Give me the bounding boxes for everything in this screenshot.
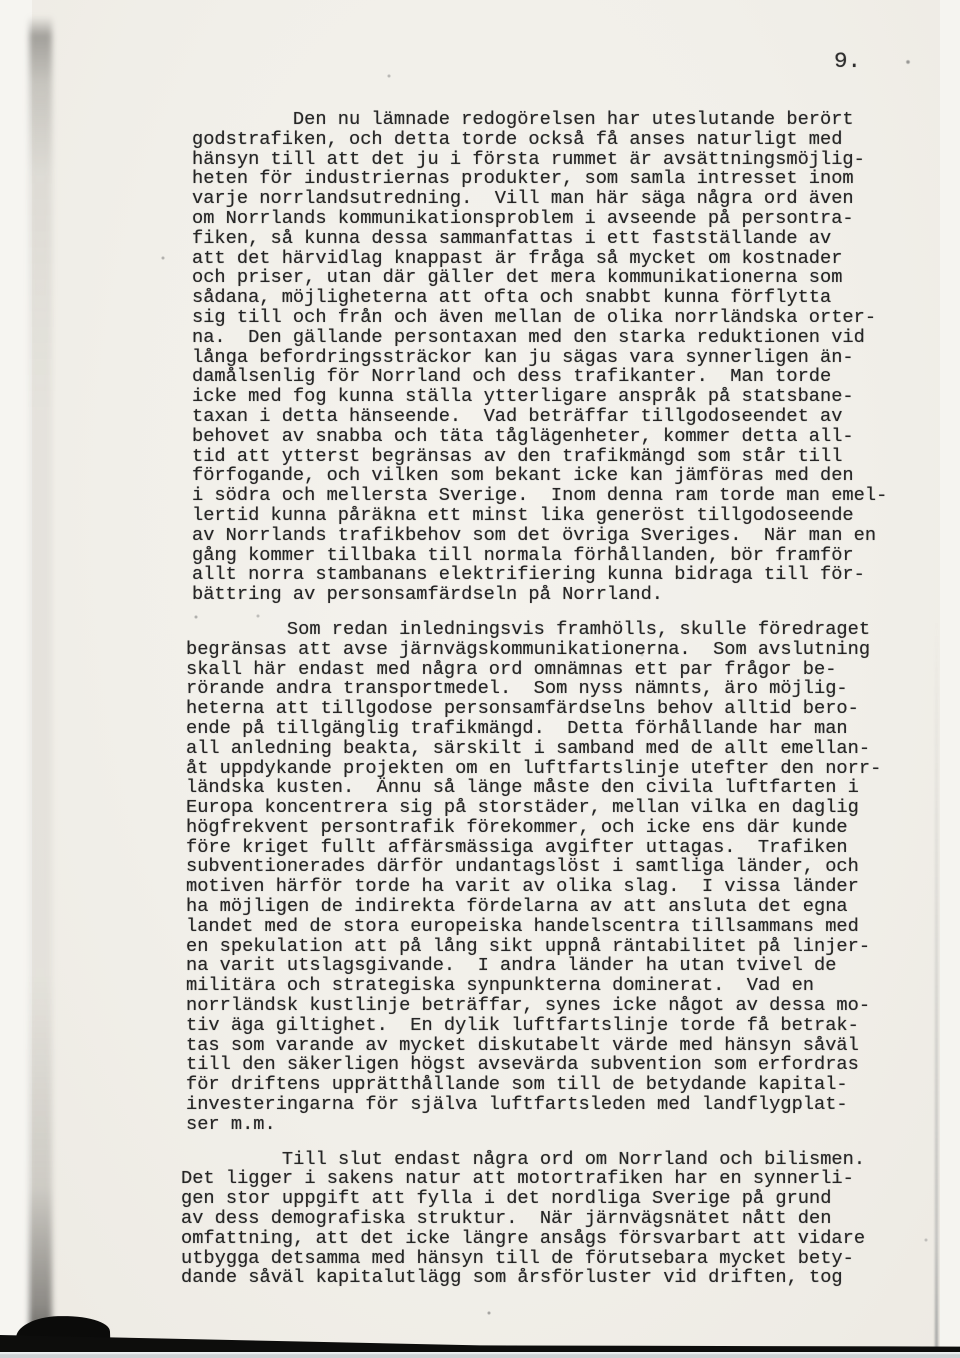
text-line: av Norrlands trafikbehov som det övriga … xyxy=(192,526,887,546)
text-line: godstrafiken, och detta torde också få a… xyxy=(192,130,887,150)
paragraph-3: Till slut endast några ord om Norrland o… xyxy=(181,1150,887,1289)
text-line: landet med de stora europeiska handelsce… xyxy=(186,917,887,937)
text-line: taxan i detta hänseende. Vad beträffar t… xyxy=(192,407,887,427)
text-line: dande såväl kapitalutlägg som årsförlust… xyxy=(181,1268,887,1288)
text-line: ser m.m. xyxy=(186,1115,887,1135)
text-line: Europa koncentrera sig på storstäder, me… xyxy=(186,798,887,818)
text-line: begränsas att avse järnvägskommunikation… xyxy=(186,640,887,660)
paragraph-2: Som redan inledningsvis framhölls, skull… xyxy=(186,620,887,1135)
text-line: na. Den gällande persontaxan med den sta… xyxy=(192,328,887,348)
scan-right-edge-line xyxy=(935,620,938,1350)
text-line: Som redan inledningsvis framhölls, skull… xyxy=(186,620,887,640)
document-page: 9. Den nu lämnade redogörelsen har utesl… xyxy=(0,0,960,1358)
text-line: bättring av personsamfärdseln på Norrlan… xyxy=(192,585,887,605)
paragraph-1: Den nu lämnade redogörelsen har utesluta… xyxy=(192,110,887,605)
scan-bottom-strip xyxy=(0,1352,960,1358)
text-line: fiken, så kunna dessa sammanfattas i ett… xyxy=(192,229,887,249)
text-line: om Norrlands kommunikationsproblem i avs… xyxy=(192,209,887,229)
text-line: Den nu lämnade redogörelsen har utesluta… xyxy=(192,110,887,130)
text-line: sig till och från och även mellan de oli… xyxy=(192,308,887,328)
text-line: omfattning, att det icke längre ansågs f… xyxy=(181,1229,887,1249)
text-line: tiv äga giltighet. En dylik luftfartslin… xyxy=(186,1016,887,1036)
text-line: investeringarna för själva luftfartslede… xyxy=(186,1095,887,1115)
text-line: ha möjligen de indirekta fördelarna av a… xyxy=(186,897,887,917)
text-line: icke med fog kunna ställa ytterligare an… xyxy=(192,387,887,407)
text-line: lertid kunna påräkna ett minst lika gene… xyxy=(192,506,887,526)
text-line: all anledning beakta, särskilt i samband… xyxy=(186,739,887,759)
scanner-edge-right xyxy=(940,0,960,1358)
scan-bottom-shadow xyxy=(0,1333,960,1353)
text-line: sådana, möjligheterna att ofta och snabb… xyxy=(192,288,887,308)
text-line: av dess demografiska struktur. När järnv… xyxy=(181,1209,887,1229)
page-number: 9. xyxy=(834,49,861,73)
text-line: i södra och mellersta Sverige. Inom denn… xyxy=(192,486,887,506)
text-line: varje norrlandsutredning. Vill man här s… xyxy=(192,189,887,209)
text-line: norrländsk kustlinje beträffar, synes ic… xyxy=(186,996,887,1016)
body-text: Den nu lämnade redogörelsen har utesluta… xyxy=(0,110,887,1303)
text-line: heterna att tillgodose personsamfärdseln… xyxy=(186,699,887,719)
text-line: ende på tillgänglig trafikmängd. Detta f… xyxy=(186,719,887,739)
text-line: högfrekvent persontrafik förekommer, och… xyxy=(186,818,887,838)
text-line: behovet av snabba och täta tåglägenheter… xyxy=(192,427,887,447)
